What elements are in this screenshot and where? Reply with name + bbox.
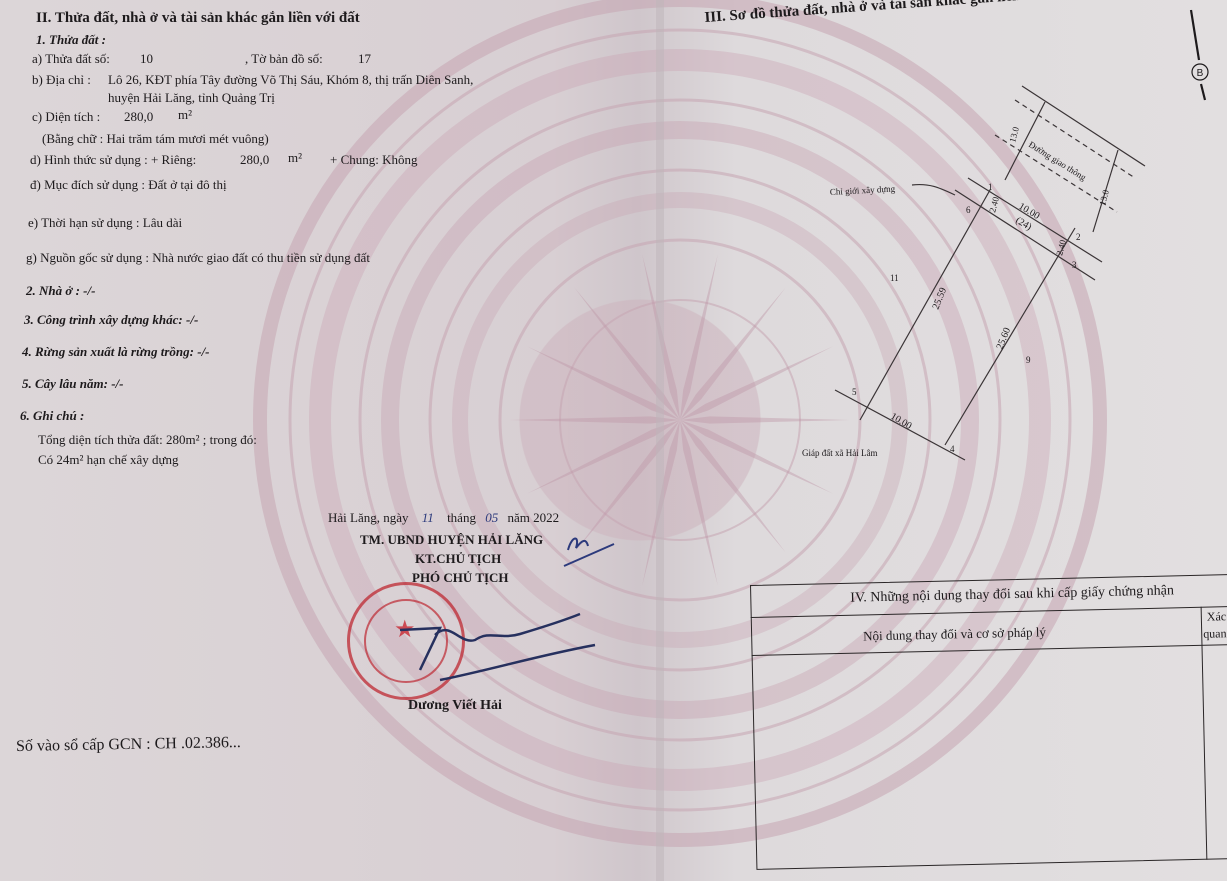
certificate-spread: II. Thửa đất, nhà ở và tài sản khác gắn …	[0, 0, 1227, 881]
parcel-11-label: 11	[890, 273, 899, 283]
setback-2: 2.40	[1054, 238, 1068, 256]
changes-column-confirm-2: quan	[1203, 626, 1227, 642]
side-right-length: 25.60	[995, 326, 1014, 351]
parcel-9-label: 9	[1026, 355, 1031, 365]
north-label: B	[1197, 68, 1204, 79]
changes-table: IV. Những nội dung thay đổi sau khi cấp …	[750, 574, 1227, 870]
road-width-1: 13.0	[1007, 125, 1021, 143]
point-2: 2	[1076, 232, 1081, 242]
point-1: 1	[988, 182, 993, 192]
back-length: 10.00	[889, 411, 914, 432]
point-3: 3	[1072, 260, 1077, 270]
road-width-2: 13.0	[1097, 188, 1111, 206]
back-neighbor-label: Giáp đất xã Hải Lâm	[802, 448, 877, 458]
building-line-label: Chỉ giới xây dựng	[830, 184, 896, 197]
point-5: 5	[852, 387, 857, 397]
changes-column-confirm-1: Xác	[1207, 609, 1227, 624]
setback-1: 2.40	[987, 195, 1001, 213]
point-4: 4	[950, 444, 955, 454]
point-6: 6	[966, 205, 971, 215]
